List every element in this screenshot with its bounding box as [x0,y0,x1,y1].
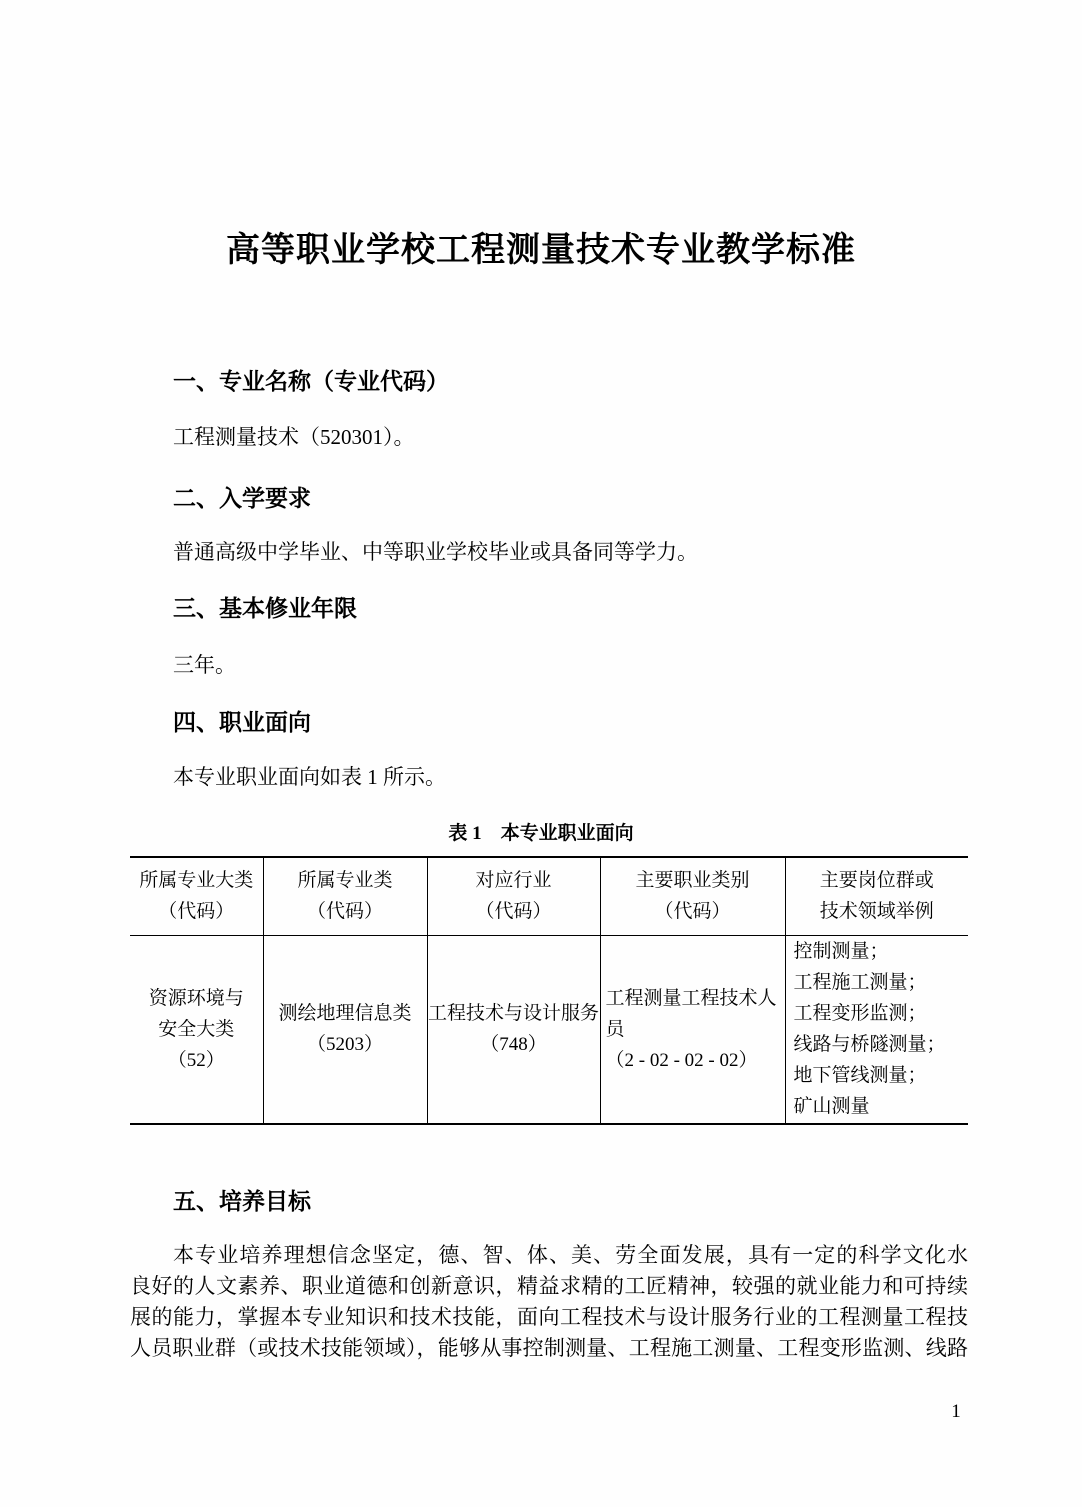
entry-requirements-text: 普通高级中学毕业、中等职业学校毕业或具备同等学力。 [173,537,698,567]
table1-caption: 表 1本专业职业面向 [0,821,1082,847]
header-line: （代码） [130,896,263,927]
header-line: 技术领域举例 [786,896,969,927]
training-goal-line: 良好的人文素养、职业道德和创新意识，精益求精的工匠精神，较强的就业能力和可持续发 [130,1271,968,1302]
header-line: 主要职业类别 [601,865,785,896]
cell-line: 安全大类 [130,1014,263,1045]
section-heading-major-name: 一、专业名称（专业代码） [173,367,449,397]
cell-major-category: 资源环境与 安全大类 （52） [130,935,263,1124]
training-goal-paragraph: 本专业培养理想信念坚定，德、智、体、美、劳全面发展，具有一定的科学文化水平， 良… [130,1240,968,1364]
cell-line: （5203） [264,1029,427,1060]
header-line: （代码） [264,896,427,927]
training-goal-line: 本专业培养理想信念坚定，德、智、体、美、劳全面发展，具有一定的科学文化水平， [130,1240,968,1271]
header-job-examples: 主要岗位群或 技术领域举例 [785,857,968,935]
header-line: （代码） [601,896,785,927]
cell-job-examples: 控制测量； 工程施工测量； 工程变形监测； 线路与桥隧测量； 地下管线测量； 矿… [785,935,968,1124]
table-header-row: 所属专业大类 （代码） 所属专业类 （代码） 对应行业 （代码） 主要职业类别 … [130,857,968,935]
document-page: 高等职业学校工程测量技术专业教学标准 一、专业名称（专业代码） 工程测量技术（5… [0,0,1082,1507]
training-goal-line: 人员职业群（或技术技能领域），能够从事控制测量、工程施工测量、工程变形监测、线路 [130,1333,968,1364]
career-orientation-table: 所属专业大类 （代码） 所属专业类 （代码） 对应行业 （代码） 主要职业类别 … [130,856,968,1125]
cell-line: （748） [428,1029,600,1060]
header-line: 对应行业 [428,865,600,896]
table-row: 资源环境与 安全大类 （52） 测绘地理信息类 （5203） 工程技术与设计服务… [130,935,968,1124]
cell-occupation: 工程测量工程技术人员 （2 - 02 - 02 - 02） [600,935,785,1124]
section-heading-study-duration: 三、基本修业年限 [173,594,357,624]
header-major-category: 所属专业大类 （代码） [130,857,263,935]
job-example-item: 控制测量； [794,936,967,967]
header-industry: 对应行业 （代码） [427,857,600,935]
cell-line: 测绘地理信息类 [264,998,427,1029]
section-heading-career-orientation: 四、职业面向 [173,708,311,738]
job-example-item: 线路与桥隧测量； [794,1029,967,1060]
table1-caption-title: 本专业职业面向 [501,823,634,844]
job-example-item: 工程施工测量； [794,967,967,998]
header-category: 所属专业类 （代码） [263,857,427,935]
page-number: 1 [944,1400,968,1424]
career-orientation-text: 本专业职业面向如表 1 所示。 [173,762,446,792]
document-title: 高等职业学校工程测量技术专业教学标准 [0,229,1082,271]
cell-line: （2 - 02 - 02 - 02） [606,1045,783,1076]
cell-line: 资源环境与 [130,983,263,1014]
header-line: 所属专业大类 [130,865,263,896]
header-line: （代码） [428,896,600,927]
training-goal-line: 展的能力，掌握本专业知识和技术技能，面向工程技术与设计服务行业的工程测量工程技术 [130,1302,968,1333]
header-line: 所属专业类 [264,865,427,896]
header-occupation: 主要职业类别 （代码） [600,857,785,935]
major-name-text: 工程测量技术（520301）。 [173,422,415,452]
section-heading-training-goal: 五、培养目标 [173,1187,311,1217]
cell-line: （52） [130,1045,263,1076]
study-duration-text: 三年。 [173,650,236,680]
section-heading-entry-requirements: 二、入学要求 [173,484,311,514]
header-line: 主要岗位群或 [786,865,969,896]
cell-line: 工程技术与设计服务 [428,998,600,1029]
job-example-item: 矿山测量 [794,1091,967,1122]
job-example-item: 地下管线测量； [794,1060,967,1091]
cell-industry: 工程技术与设计服务 （748） [427,935,600,1124]
job-example-item: 工程变形监测； [794,998,967,1029]
cell-line: 工程测量工程技术人员 [606,983,783,1045]
cell-category: 测绘地理信息类 （5203） [263,935,427,1124]
table1-caption-label: 表 1 [448,823,481,844]
